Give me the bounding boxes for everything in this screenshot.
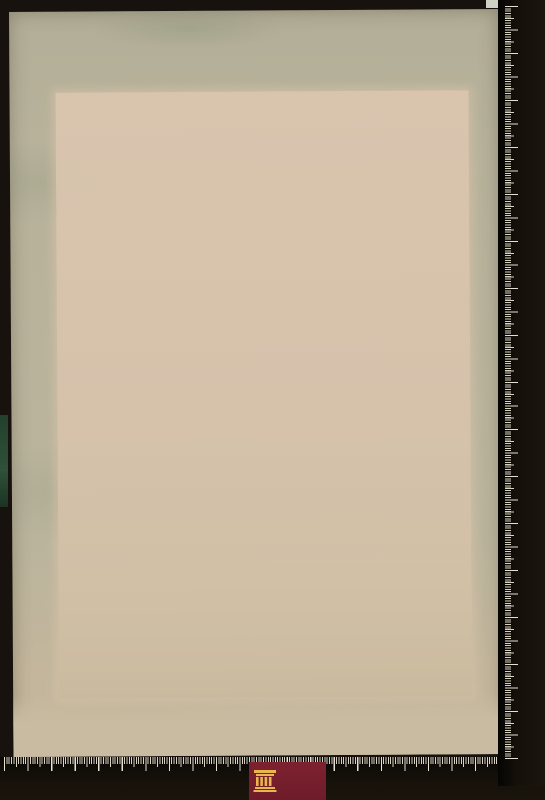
ruler-right-cm-ticks: [505, 6, 518, 760]
scanned-document-view: [0, 0, 545, 800]
scanner-edge-green-accent: [0, 415, 8, 507]
archive-building-icon: [252, 769, 278, 793]
script-text: [0, 0, 545, 769]
paper-sheet: [9, 9, 503, 757]
archive-logo: [249, 762, 326, 800]
ruler-right: [498, 0, 545, 786]
